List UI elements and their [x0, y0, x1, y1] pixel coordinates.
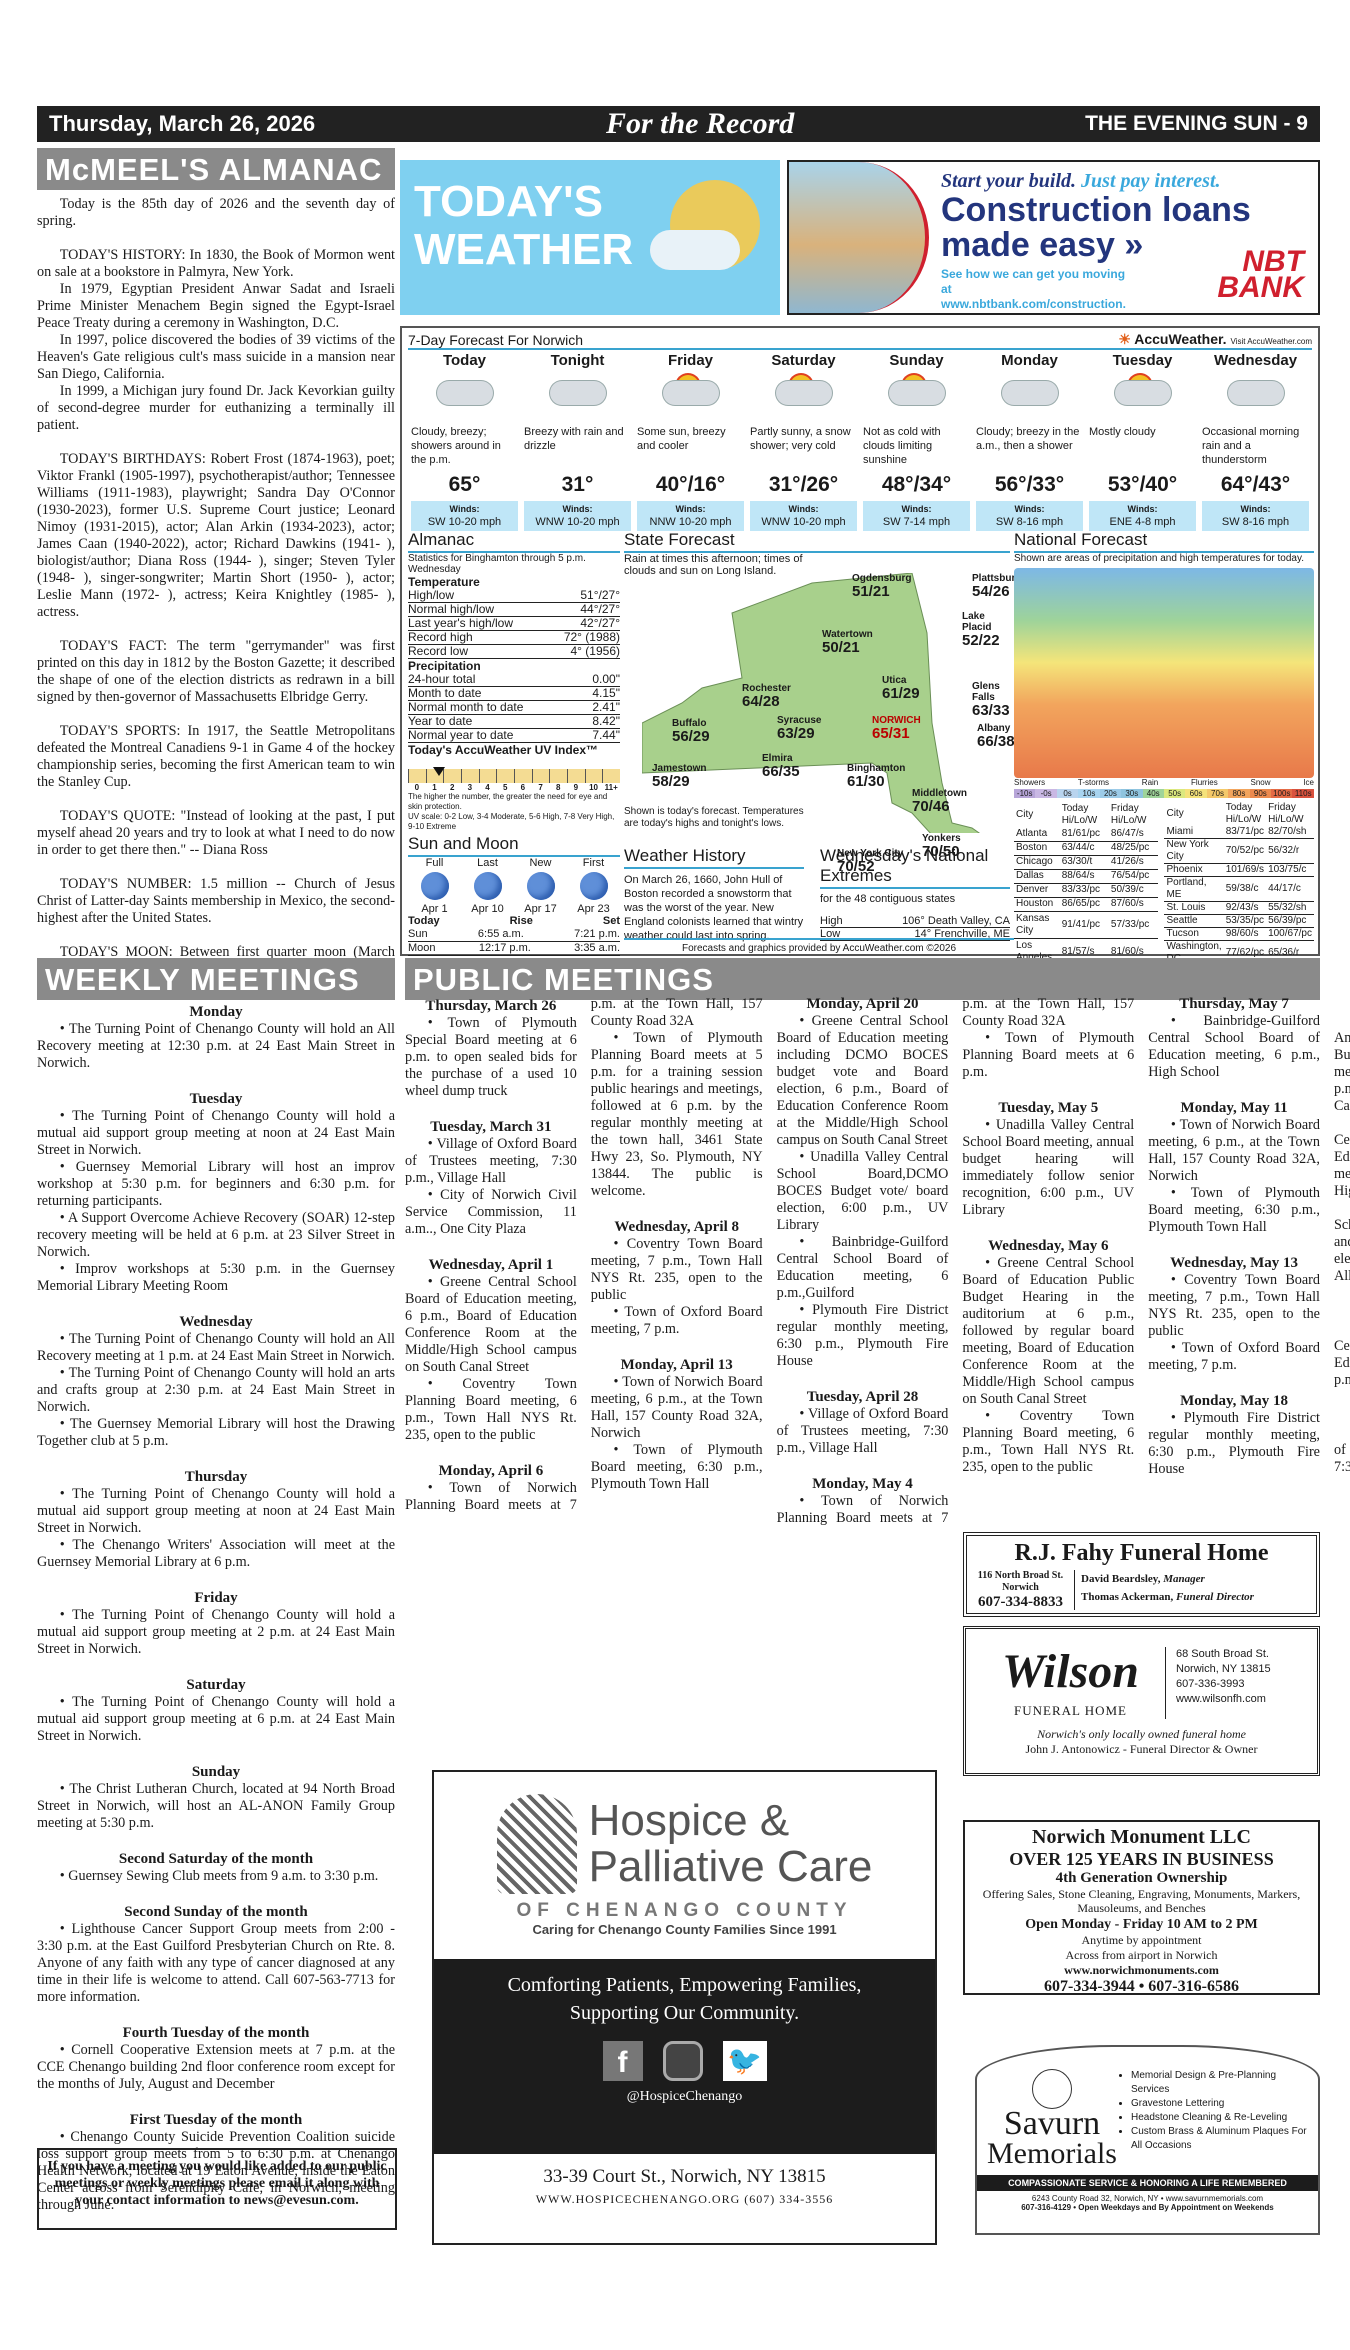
table-row: Chicago63/30/t41/26/s: [1014, 855, 1158, 869]
public-day-heading: Thursday, May 21: [1334, 1304, 1350, 1321]
moon-phase: LastApr 10: [461, 857, 514, 915]
uv-segment: [479, 769, 497, 783]
precipitation-row: Normal year to date7.44": [408, 729, 620, 743]
stat-label: Last year's high/low: [408, 617, 513, 630]
table-row: Phoenix101/69/s103/75/c: [1164, 864, 1314, 877]
public-item: Town of Oxford Board meeting, 7 p.m.: [591, 1304, 763, 1338]
nbt-logo: NBTBANK: [1217, 249, 1304, 301]
accuweather-logo: ☀ AccuWeather. Visit AccuWeather.com: [1118, 331, 1312, 348]
forecast-day-name: Saturday: [750, 352, 857, 369]
table-cell: 82/70/sh: [1266, 826, 1314, 839]
extreme-label: High: [820, 915, 843, 927]
table-row: Denver83/33/pc50/39/c: [1014, 883, 1158, 897]
group-gap: [1148, 1374, 1320, 1391]
group-gap: [37, 2006, 395, 2023]
temp-scale-cell: 90s: [1250, 789, 1271, 798]
almanac-stats: Almanac Statistics for Binghamton throug…: [408, 530, 620, 956]
wilson-owner: John J. Antonowicz - Funeral Director & …: [966, 1742, 1317, 1757]
cloud-icon: [663, 381, 719, 405]
group-gap: [777, 1370, 949, 1387]
stat-label: Normal year to date: [408, 729, 513, 742]
column-header: Today Hi/Lo/W: [1224, 802, 1266, 826]
weekly-day-heading: Monday: [37, 1004, 395, 1021]
public-item: Unadilla Valley Central School Board,DCM…: [777, 1149, 949, 1234]
public-meetings-header: PUBLIC MEETINGS: [405, 958, 1320, 1000]
almanac-section: McMEEL'S ALMANAC Today is the 85th day o…: [37, 148, 395, 978]
col-head: Set: [603, 915, 620, 928]
hospice-handle[interactable]: @HospiceChenango: [444, 2089, 925, 2105]
temp-scale-cell: 70s: [1207, 789, 1228, 798]
table-cell: Portland, ME: [1164, 877, 1223, 902]
weekly-item: The Turning Point of Chenango County wil…: [37, 1607, 395, 1658]
forecast-desc: Some sun, breezy and cooler: [637, 425, 744, 469]
uv-segment: [514, 769, 532, 783]
winds-label: Winds:: [750, 503, 857, 516]
city-temp: 64/28: [742, 694, 791, 710]
weekly-day-heading: Second Saturday of the month: [37, 1851, 395, 1868]
nbt-bank-ad[interactable]: Start your build. Just pay interest. Con…: [787, 160, 1320, 315]
hospice-web-phone[interactable]: WWW.HOSPICECHENANGO.ORG (607) 334-3556: [434, 2192, 935, 2207]
monument-hours: Open Monday - Friday 10 AM to 2 PM: [965, 1917, 1318, 1933]
uv-tick: 6: [514, 783, 532, 792]
temperature-row: Record high72° (1988): [408, 631, 620, 645]
cloud-icon: [550, 381, 606, 405]
public-item: Town of Plymouth Planning Board meets at…: [591, 1030, 763, 1200]
hospice-ad[interactable]: Hospice & Palliative Care OF CHENANGO CO…: [432, 1770, 937, 2245]
hospice-slogan: Comforting Patients, Empowering Families…: [444, 1971, 925, 2027]
forecast-temp: 31°/26°: [750, 469, 857, 501]
savurn-service: Gravestone Lettering: [1131, 2097, 1308, 2111]
forecast-temp: 53°/40°: [1089, 469, 1196, 501]
state-city: Jamestown58/29: [652, 763, 706, 790]
table-cell: 91/41/pc: [1060, 911, 1109, 938]
public-day-heading: Wednesday, May 6: [962, 1238, 1134, 1255]
state-city: NORWICH65/31: [872, 715, 921, 742]
hospice-name-2: Palliative Care: [589, 1844, 873, 1890]
public-item: Unadilla Valley Central School annual bu…: [1334, 1200, 1350, 1285]
paper-page: THE EVENING SUN - 9: [1085, 112, 1308, 136]
temp-scale-cell: 40s: [1143, 789, 1164, 798]
monument-ownership: 4th Generation Ownership: [965, 1870, 1318, 1887]
table-cell: Chicago: [1014, 855, 1060, 869]
winds-label: Winds:: [1089, 503, 1196, 516]
forecast-day: FridaySome sun, breezy and cooler40°/16°…: [634, 350, 747, 531]
precipitation-row: 24-hour total0.00": [408, 673, 620, 687]
public-day-heading: Monday, April 13: [591, 1357, 763, 1374]
savurn-phone: 607-316-4129 • Open Weekdays and By Appo…: [977, 2203, 1318, 2212]
forecast-day-name: Friday: [637, 352, 744, 369]
public-day-heading: Monday, May 18: [1148, 1393, 1320, 1410]
uv-tick: 8: [549, 783, 567, 792]
group-gap: [37, 1450, 395, 1467]
table-cell: 70/52/pc: [1224, 839, 1266, 864]
table-cell: Seattle: [1164, 915, 1223, 928]
moon-phase-date: Apr 17: [514, 903, 567, 915]
city-temp: 63/29: [777, 726, 821, 742]
uv-note: The higher the number, the greater the n…: [408, 792, 620, 812]
city-temp: 51/21: [852, 584, 911, 600]
stat-label: Record high: [408, 631, 473, 644]
table-row: New York City70/52/pc56/32/r: [1164, 839, 1314, 864]
state-city: Ogdensburg51/21: [852, 573, 911, 600]
table-cell: 55/32/sh: [1266, 902, 1314, 915]
city-temp: 70/46: [912, 799, 967, 815]
public-item: Town of Norwich Board meeting, 6 p.m., a…: [591, 1374, 763, 1442]
winds-label: Winds:: [524, 503, 631, 516]
fahy-name: R.J. Fahy Funeral Home: [967, 1540, 1316, 1567]
uv-scale: UV scale: 0-2 Low, 3-4 Moderate, 5-6 Hig…: [408, 812, 620, 832]
public-day-heading: Wednesday, May 13: [1148, 1255, 1320, 1272]
forecast-wind: Winds:SW 10-20 mph: [411, 501, 518, 531]
fahy-address: 116 North Broad St.: [967, 1570, 1074, 1582]
table-cell: 100/67/pc: [1266, 928, 1314, 941]
twitter-icon[interactable]: 🐦: [723, 2041, 767, 2081]
moon-phase-name: New: [514, 857, 567, 869]
moon-phase-date: Apr 1: [408, 903, 461, 915]
cloud-rain-icon: [411, 369, 518, 425]
moon-phase-name: First: [567, 857, 620, 869]
table-cell: Houston: [1014, 897, 1060, 911]
group-gap: [777, 1457, 949, 1474]
paragraph-gap: [37, 791, 395, 808]
forecast-title: 7-Day Forecast For Norwich: [408, 332, 583, 348]
public-item: Coventry Town Planning Board meeting, 6 …: [405, 1376, 577, 1444]
table-cell: Dallas: [1014, 869, 1060, 883]
table-cell: Tucson: [1164, 928, 1223, 941]
uv-tick: 0: [408, 783, 426, 792]
forecast-day: TuesdayMostly cloudy53°/40°Winds:ENE 4-8…: [1086, 350, 1199, 531]
forecast-day: SundayNot as cold with clouds limiting s…: [860, 350, 973, 531]
sun-moon-cell: 3:35 a.m.: [574, 942, 620, 955]
monument-website[interactable]: www.norwichmonuments.com: [965, 1963, 1318, 1978]
forecast-day-name: Today: [411, 352, 518, 369]
almanac-stats-title: Almanac: [408, 530, 620, 553]
precipitation-row: Month to date4.15": [408, 687, 620, 701]
facebook-icon[interactable]: f: [603, 2041, 643, 2081]
weekly-item: Guernsey Sewing Club meets from 9 a.m. t…: [37, 1868, 395, 1885]
stat-label: Normal month to date: [408, 701, 523, 714]
temp-scale-cell: 0s: [1057, 789, 1078, 798]
table-row: St. Louis92/43/s55/32/sh: [1164, 902, 1314, 915]
city-temp: 61/29: [882, 686, 920, 702]
cloud-icon: [976, 369, 1083, 425]
forecast-temp: 48°/34°: [863, 469, 970, 501]
cloud-icon: [1228, 381, 1284, 405]
group-gap: [1334, 1389, 1350, 1406]
savurn-memorials-ad[interactable]: Savurn Memorials Memorial Design & Pre-P…: [975, 2045, 1320, 2235]
precipitation-heading: Precipitation: [408, 659, 620, 673]
winds-label: Winds:: [863, 503, 970, 516]
weekly-day-heading: First Tuesday of the month: [37, 2112, 395, 2129]
stat-value: 4° (1956): [571, 645, 621, 658]
table-cell: Phoenix: [1164, 864, 1223, 877]
weekly-day-heading: Fourth Tuesday of the month: [37, 2025, 395, 2042]
city-temp: 58/29: [652, 774, 706, 790]
almanac-paragraph: In 1999, a Michigan jury found Dr. Jack …: [37, 383, 395, 434]
accuweather-credit: Forecasts and graphics provided by AccuW…: [624, 938, 1014, 954]
group-gap: [405, 1444, 577, 1461]
weekly-item: The Turning Point of Chenango County wil…: [37, 1108, 395, 1159]
forecast-days: TodayCloudy, breezy; showers around in t…: [402, 350, 1318, 531]
forecast-desc: Partly sunny, a snow shower; very cold: [750, 425, 857, 469]
stat-value: 7.44": [592, 729, 620, 742]
uv-segment: [461, 769, 479, 783]
savurn-address: 6243 County Road 32, Norwich, NY • www.s…: [977, 2194, 1318, 2203]
paragraph-gap: [37, 434, 395, 451]
moon-icon: [474, 872, 502, 900]
uv-segment: [408, 769, 426, 783]
public-item: Village of Oxford Board of Trustees year…: [1334, 1425, 1350, 1476]
table-cell: Atlanta: [1014, 828, 1060, 841]
sun-moon-cell: 7:21 p.m.: [574, 928, 620, 941]
forecast-day: SaturdayPartly sunny, a snow shower; ver…: [747, 350, 860, 531]
public-day-heading: Tuesday, May 5: [962, 1100, 1134, 1117]
temp-scale-cell: -10s: [1014, 789, 1035, 798]
group-gap: [591, 1200, 763, 1217]
section-title: For the Record: [606, 107, 794, 141]
group-gap: [37, 1832, 395, 1849]
uv-marker-icon: [433, 767, 445, 776]
table-row: Kansas City91/41/pc57/33/pc: [1014, 911, 1158, 938]
fahy-funeral-ad[interactable]: R.J. Fahy Funeral Home 116 North Broad S…: [963, 1532, 1320, 1617]
table-cell: New York City: [1164, 839, 1223, 864]
almanac-header: McMEEL'S ALMANAC: [37, 148, 395, 190]
forecast-temp: 40°/16°: [637, 469, 744, 501]
table-cell: Denver: [1014, 883, 1060, 897]
group-gap: [37, 1745, 395, 1762]
stat-label: 24-hour total: [408, 673, 475, 686]
public-item: Village of Oxford Board of Trustees meet…: [777, 1406, 949, 1457]
public-day-heading: Wednesday, April 1: [405, 1257, 577, 1274]
public-item: Village of Oxford Board of Trustees meet…: [405, 1136, 577, 1187]
weather-history: Weather History On March 26, 1660, John …: [624, 846, 804, 943]
forecast-day: MondayCloudy; breezy in the a.m., then a…: [973, 350, 1086, 531]
city-name: Lake Placid: [962, 611, 991, 633]
table-cell: 87/60/s: [1109, 897, 1159, 911]
almanac-stats-sub: Statistics for Binghamton through 5 p.m.…: [408, 553, 620, 575]
extremes-sub: for the 48 contiguous states: [820, 893, 1010, 905]
wilson-funeral-ad[interactable]: Wilson FUNERAL HOME 68 South Broad St. N…: [963, 1626, 1320, 1776]
stat-label: Month to date: [408, 687, 481, 700]
uv-tick: 9: [567, 783, 585, 792]
group-gap: [962, 1081, 1134, 1098]
sun-moon-cell: Sun: [408, 928, 428, 941]
almanac-paragraph: TODAY'S BIRTHDAYS: Robert Frost (1874-19…: [37, 451, 395, 621]
winds-label: Winds:: [637, 503, 744, 516]
precip-legend-item: Flurries: [1191, 778, 1218, 787]
public-item: Town of Norwich Board meeting, 6 p.m., a…: [1148, 1117, 1320, 1185]
table-cell: 103/75/c: [1266, 864, 1314, 877]
forecast-temp: 65°: [411, 469, 518, 501]
table-cell: 63/30/t: [1060, 855, 1109, 869]
weekly-item: Guernsey Memorial Library will host an i…: [37, 1159, 395, 1210]
uv-tick: 7: [532, 783, 550, 792]
forecast-desc: Cloudy; breezy in the a.m., then a showe…: [976, 425, 1083, 469]
column-header: Friday Hi/Lo/W: [1109, 802, 1159, 828]
col-head: Rise: [510, 915, 533, 928]
monument-phones: 607-334-3944 • 607-316-6586: [965, 1978, 1318, 1996]
weekly-day-heading: Second Sunday of the month: [37, 1904, 395, 1921]
temp-scale-cell: 10s: [1078, 789, 1099, 798]
public-item: Bainbridge-Guilford Central School Board…: [1148, 1013, 1320, 1081]
table-row: Atlanta81/61/pc86/47/s: [1014, 828, 1158, 841]
cloud-icon: [776, 381, 832, 405]
group-gap: [1334, 1285, 1350, 1302]
ad-tagline-2: Just pay interest.: [1081, 170, 1220, 192]
cloud-icon: [437, 381, 493, 405]
precip-legend-item: Ice: [1303, 778, 1314, 787]
public-item: Plymouth Fire District regular monthly m…: [1148, 1410, 1320, 1478]
public-day-heading: Thursday, March 26: [405, 998, 577, 1015]
forecast-day: TodayCloudy, breezy; showers around in t…: [408, 350, 521, 531]
group-gap: [591, 1493, 763, 1510]
weather-panel: 7-Day Forecast For Norwich ☀ AccuWeather…: [400, 326, 1320, 956]
public-day-heading: Monday, May 4: [777, 1476, 949, 1493]
norwich-monument-ad[interactable]: Norwich Monument LLC OVER 125 YEARS IN B…: [963, 1820, 1320, 1995]
table-cell: 101/69/s: [1224, 864, 1266, 877]
state-city: Albany66/38: [977, 723, 1015, 750]
public-meetings-header-wrap: PUBLIC MEETINGS: [405, 958, 1320, 1000]
table-cell: 86/47/s: [1109, 828, 1159, 841]
cloud-rain-icon: [1202, 369, 1309, 425]
table-cell: 44/17/c: [1266, 877, 1314, 902]
public-item: Greene Central School Board of Education…: [405, 1274, 577, 1376]
moon-phase: NewApr 17: [514, 857, 567, 915]
almanac-paragraph: TODAY'S NUMBER: 1.5 million -- Church of…: [37, 876, 395, 927]
wilson-website[interactable]: www.wilsonfh.com: [1176, 1692, 1271, 1707]
cloud-icon: [1002, 381, 1058, 405]
weekly-item: The Turning Point of Chenango County wil…: [37, 1021, 395, 1072]
group-gap: [37, 1885, 395, 1902]
public-day-heading: Tuesday, May 19: [1334, 996, 1350, 1013]
table-cell: 48/25/pc: [1109, 841, 1159, 855]
stat-label: Record low: [408, 645, 468, 658]
fahy-director: Thomas Ackerman,: [1081, 1591, 1173, 1603]
public-item: Plymouth Fire District regular monthly m…: [777, 1302, 949, 1370]
forecast-desc: Cloudy, breezy; showers around in the p.…: [411, 425, 518, 469]
table-cell: 92/43/s: [1224, 902, 1266, 915]
group-gap: [1148, 1081, 1320, 1098]
cloud-icon: [1115, 381, 1171, 405]
instagram-icon[interactable]: [663, 2041, 703, 2081]
state-city: Middletown70/46: [912, 788, 967, 815]
forecast-wind: Winds:SW 8-16 mph: [1202, 501, 1309, 531]
weekly-day-heading: Tuesday: [37, 1091, 395, 1108]
column-header: City: [1014, 802, 1060, 828]
public-item: Town of Plymouth Board meeting, 6:30 p.m…: [1148, 1185, 1320, 1236]
wilson-tagline: Norwich's only locally owned funeral hom…: [1037, 1727, 1246, 1741]
extreme-row: High106° Death Valley, CA: [820, 915, 1010, 928]
public-day-heading: Tuesday, May 26: [1334, 1408, 1350, 1425]
table-cell: 81/61/pc: [1060, 828, 1109, 841]
state-note: Shown is today's forecast. Temperatures …: [624, 806, 814, 830]
state-forecast: State Forecast Rain at times this aftern…: [624, 530, 1010, 577]
city-temp: 65/31: [872, 726, 921, 742]
public-meetings-list: Thursday, March 26Town of Plymouth Speci…: [405, 996, 1320, 1531]
forecast-desc: Not as cold with clouds limiting sunshin…: [863, 425, 970, 469]
extremes-title: Wednesday's National Extremes: [820, 846, 1010, 889]
table-header: CityToday Hi/Lo/WFriday Hi/Lo/W: [1014, 802, 1158, 828]
sun-moon-cell: Moon: [408, 942, 436, 955]
uv-segment: [496, 769, 514, 783]
winds-label: Winds:: [976, 503, 1083, 516]
paragraph-gap: [37, 621, 395, 638]
forecast-desc: Breezy with rain and drizzle: [524, 425, 631, 469]
city-temp: 50/21: [822, 640, 873, 656]
table-row: Boston63/44/c48/25/pc: [1014, 841, 1158, 855]
public-day-heading: Monday, April 6: [405, 1463, 577, 1480]
group-gap: [37, 1072, 395, 1089]
temperature-row: Record low4° (1956): [408, 645, 620, 659]
group-gap: [405, 1238, 577, 1255]
uv-segment: [443, 769, 461, 783]
uv-segment: [532, 769, 550, 783]
moon-phase-name: Full: [408, 857, 461, 869]
hospice-since: Caring for Chenango County Families Sinc…: [434, 1922, 935, 1937]
group-gap: [962, 1476, 1134, 1493]
table-cell: 53/35/pc: [1224, 915, 1266, 928]
partly-sunny-icon: [1089, 369, 1196, 425]
temp-scale-cell: 60s: [1185, 789, 1206, 798]
forecast-day-name: Sunday: [863, 352, 970, 369]
group-gap: [1148, 1478, 1320, 1495]
table-cell: 83/33/pc: [1060, 883, 1109, 897]
table-cell: 86/65/pc: [1060, 897, 1109, 911]
city-temp: 66/38: [977, 734, 1015, 750]
table-cell: 56/32/r: [1266, 839, 1314, 864]
moon-icon: [580, 872, 608, 900]
stat-value: 4.15": [592, 687, 620, 700]
hospice-name-1: Hospice &: [589, 1798, 873, 1844]
temp-scale-cell: 80s: [1228, 789, 1249, 798]
almanac-paragraph: In 1979, Egyptian President Anwar Sadat …: [37, 281, 395, 332]
public-day-heading: Thursday, May 7: [1148, 996, 1320, 1013]
temp-scale-cell: 20s: [1100, 789, 1121, 798]
cloud-icon: [889, 381, 945, 405]
public-item: Town of Oxford Board meeting, 7 p.m.: [1148, 1340, 1320, 1374]
state-city: Lake Placid52/22: [962, 611, 1000, 649]
stat-value: 44°/27°: [580, 603, 620, 616]
wilson-logo: Wilson: [976, 1647, 1165, 1697]
weekly-item: The Chenango Writers' Association will m…: [37, 1537, 395, 1571]
weekly-day-heading: Friday: [37, 1590, 395, 1607]
ad-url-text[interactable]: See how we can get you moving at www.nbt…: [941, 267, 1131, 312]
submit-meeting-note: If you have a meeting you would like add…: [37, 2148, 397, 2230]
table-cell: 59/38/c: [1224, 877, 1266, 902]
sun-moon-cell: 12:17 p.m.: [479, 942, 531, 955]
precipitation-row: Year to date8.42": [408, 715, 620, 729]
forecast-day-name: Monday: [976, 352, 1083, 369]
weekly-item: The Christ Lutheran Church, located at 9…: [37, 1781, 395, 1832]
cloud-rain-icon: [524, 369, 631, 425]
uv-heading: Today's AccuWeather UV Index™: [408, 743, 620, 757]
group-gap: [405, 1100, 577, 1117]
sun-moon-table: TodayRiseSetSun6:55 a.m.7:21 p.m.Moon12:…: [408, 915, 620, 956]
extreme-value: 106° Death Valley, CA: [902, 915, 1010, 927]
table-cell: 63/44/c: [1060, 841, 1109, 855]
new-york-map: Ogdensburg51/21Plattsburgh54/26Lake Plac…: [642, 573, 997, 833]
sun-moon-row: Sun6:55 a.m.7:21 p.m.: [408, 928, 620, 942]
public-day-heading: Tuesday, April 28: [777, 1389, 949, 1406]
state-city: Binghamton61/30: [847, 763, 905, 790]
history-text: On March 26, 1660, John Hull of Boston r…: [624, 873, 804, 943]
city-temp: 56/29: [672, 729, 710, 745]
weekly-item: The Turning Point of Chenango County wil…: [37, 1486, 395, 1537]
table-cell: 98/60/s: [1224, 928, 1266, 941]
temperature-row: Last year's high/low42°/27°: [408, 617, 620, 631]
sun-moon-cell: 6:55 a.m.: [478, 928, 524, 941]
precipitation-row: Normal month to date2.41": [408, 701, 620, 715]
